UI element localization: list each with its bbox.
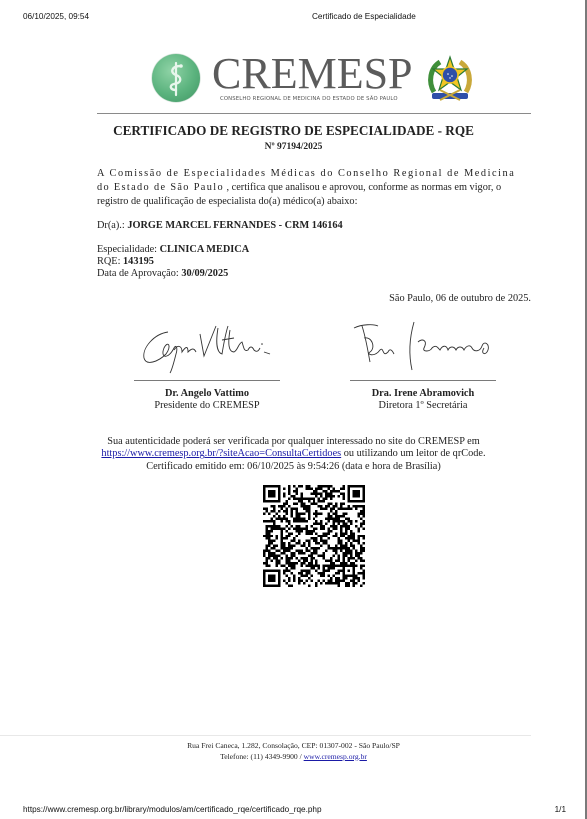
- approval-value: 30/09/2025: [181, 268, 228, 279]
- doctor-value: JORGE MARCEL FERNANDES - CRM 146164: [127, 220, 342, 231]
- print-footer: https://www.cremesp.org.br/library/modul…: [23, 805, 564, 817]
- certificate-number: Nº 97194/2025: [0, 142, 587, 152]
- verification-line-1: Sua autenticidade poderá ser verificada …: [0, 436, 587, 448]
- brazil-coat-of-arms-icon: [426, 54, 474, 104]
- address-footer: Rua Frei Caneca, 1.282, Consolação, CEP:…: [0, 741, 587, 762]
- phone: Telefone: (11) 4349-9900 /: [220, 752, 304, 761]
- specialty-value: CLINICA MEDICA: [160, 244, 250, 255]
- signature-block-president: Dr. Angelo Vattimo Presidente do CREMESP: [134, 318, 280, 418]
- issued-datetime: Certificado emitido em: 06/10/2025 às 9:…: [0, 461, 587, 473]
- cremesp-subtitle: CONSELHO REGIONAL DE MEDICINA DO ESTADO …: [220, 96, 398, 102]
- print-datetime: 06/10/2025, 09:54: [23, 12, 89, 21]
- header-divider: [97, 113, 531, 114]
- signatory-role: Presidente do CREMESP: [114, 400, 300, 411]
- signature-line: [134, 380, 280, 381]
- print-page-number: 1/1: [555, 805, 566, 814]
- intro-line-3: registro de qualificação de especialista…: [97, 195, 532, 209]
- doctor-label: Dr(a).:: [97, 220, 127, 231]
- cremesp-wordmark: CREMESP: [212, 50, 413, 98]
- specialty-field: Especialidade: CLINICA MEDICA: [97, 244, 249, 255]
- place-and-date: São Paulo, 06 de outubro de 2025.: [389, 293, 531, 304]
- approval-label: Data de Aprovação:: [97, 268, 181, 279]
- intro-line-1: A Comissão de Especialidades Médicas do …: [97, 167, 532, 181]
- rqe-value: 143195: [123, 256, 154, 267]
- print-title: Certificado de Especialidade: [312, 12, 416, 21]
- footer-divider: [0, 735, 531, 736]
- signature-line: [350, 380, 496, 381]
- address-line: Rua Frei Caneca, 1.282, Consolação, CEP:…: [0, 741, 587, 752]
- doctor-field: Dr(a).: JORGE MARCEL FERNANDES - CRM 146…: [97, 220, 343, 231]
- contact-line: Telefone: (11) 4349-9900 / www.cremesp.o…: [0, 752, 587, 763]
- caduceus-icon: [152, 54, 200, 102]
- certificate-intro: A Comissão de Especialidades Médicas do …: [97, 167, 532, 208]
- signature-secretary-icon: [352, 318, 496, 374]
- specialty-label: Especialidade:: [97, 244, 160, 255]
- print-url: https://www.cremesp.org.br/library/modul…: [23, 805, 322, 814]
- certificate-title: CERTIFICADO DE REGISTRO DE ESPECIALIDADE…: [0, 123, 587, 139]
- signature-block-secretary: Dra. Irene Abramovich Diretora 1º Secret…: [350, 318, 496, 418]
- signatory-name: Dr. Angelo Vattimo: [114, 388, 300, 399]
- cremesp-logo: CREMESP CONSELHO REGIONAL DE MEDICINA DO…: [150, 52, 475, 108]
- website-link[interactable]: www.cremesp.org.br: [304, 752, 367, 761]
- verification-line-2: https://www.cremesp.org.br/?siteAcao=Con…: [0, 448, 587, 460]
- approval-date-field: Data de Aprovação: 30/09/2025: [97, 268, 228, 279]
- verification-notice: Sua autenticidade poderá ser verificada …: [0, 436, 587, 473]
- print-header: 06/10/2025, 09:54 Certificado de Especia…: [23, 12, 564, 24]
- signatory-name: Dra. Irene Abramovich: [330, 388, 516, 399]
- intro-line-2: do Estado de São Paulo , certifica que a…: [97, 181, 532, 195]
- rqe-field: RQE: 143195: [97, 256, 154, 267]
- rqe-label: RQE:: [97, 256, 123, 267]
- verification-link[interactable]: https://www.cremesp.org.br/?siteAcao=Con…: [101, 448, 341, 459]
- signature-president-icon: [138, 318, 278, 374]
- qr-code: [263, 485, 365, 587]
- signatory-role: Diretora 1º Secretária: [330, 400, 516, 411]
